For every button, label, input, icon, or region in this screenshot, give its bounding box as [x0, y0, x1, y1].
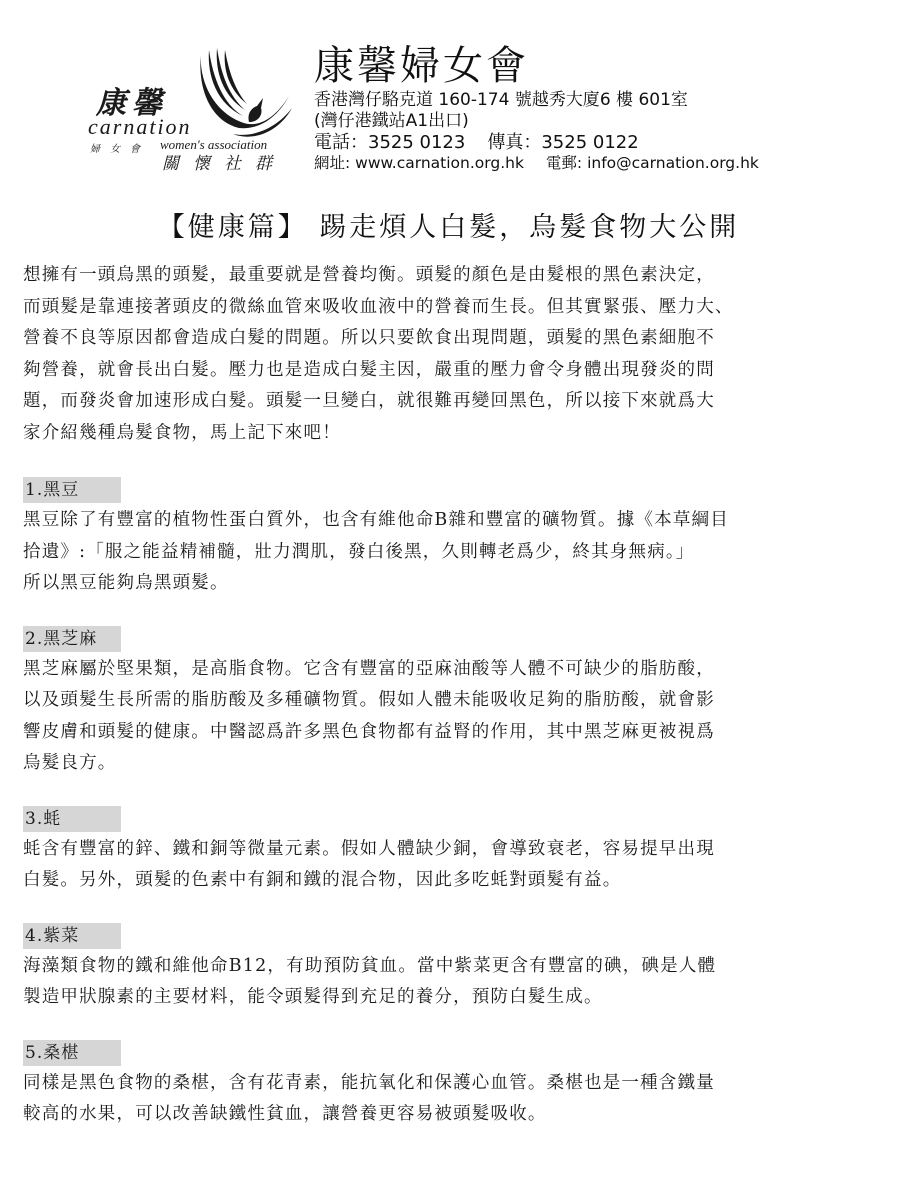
- section-line: 拾遺》:「服之能益精補髓，壯力潤肌，發白後黑，久則轉老爲少，終其身無病。」: [23, 537, 883, 569]
- article-body: 想擁有一頭烏黑的頭髮，最重要就是營養均衡。頭髮的顏色是由髮根的黑色素決定， 而頭…: [23, 260, 883, 1131]
- intro-line: 想擁有一頭烏黑的頭髮，最重要就是營養均衡。頭髮的顏色是由髮根的黑色素決定，: [23, 260, 883, 292]
- section-paragraph: 黑豆除了有豐富的植物性蛋白質外，也含有維他命B雜和豐富的礦物質。據《本草綱目 拾…: [23, 505, 883, 600]
- section-black-sesame: 2.黑芝麻 黑芝麻屬於堅果類，是高脂食物。它含有豐富的亞麻油酸等人體不可缺少的脂…: [23, 626, 883, 780]
- address-line-2: (灣仔港鐵站A1出口): [314, 111, 759, 132]
- article-title: 【健康篇】 踢走煩人白髮，烏髮食物大公開: [0, 205, 897, 244]
- email-label: 電郵:: [546, 154, 582, 172]
- section-mulberry: 5.桑椹 同樣是黑色食物的桑椹，含有花青素，能抗氧化和保護心血管。桑椹也是一種含…: [23, 1040, 883, 1131]
- section-paragraph: 蚝含有豐富的鋅、鐵和銅等微量元素。假如人體缺少銅，會導致衰老，容易提早出現 白髮…: [23, 834, 883, 897]
- email-link[interactable]: info@carnation.org.hk: [587, 154, 759, 172]
- fax-label: 傳真：: [487, 132, 541, 153]
- bird-swoosh-icon: [193, 48, 293, 143]
- section-line: 所以黑豆能夠烏黑頭髮。: [23, 568, 883, 600]
- org-name: 康馨婦女會: [314, 42, 759, 90]
- section-heading: 5.桑椹: [23, 1040, 121, 1066]
- section-line: 烏髮良方。: [23, 748, 883, 780]
- section-line: 製造甲狀腺素的主要材料，能令頭髮得到充足的養分，預防白髮生成。: [23, 982, 883, 1014]
- address-line-1: 香港灣仔駱克道 160-174 號越秀大廈6 樓 601室: [314, 90, 759, 111]
- website-link[interactable]: www.carnation.org.hk: [355, 154, 524, 172]
- intro-line: 而頭髮是靠連接著頭皮的微絲血管來吸收血液中的營養而生長。但其實緊張、壓力大、: [23, 292, 883, 324]
- logo-sub-chinese: 婦女會: [90, 140, 150, 155]
- fax-number: 3525 0122: [541, 132, 638, 153]
- logo-tagline: 關懷社群: [162, 149, 286, 174]
- section-line: 海藻類食物的鐵和維他命B12，有助預防貧血。當中紫菜更含有豐富的碘，碘是人體: [23, 951, 883, 983]
- letterhead: 康馨 carnation 婦女會 women's association 關懷社…: [0, 0, 897, 190]
- intro-line: 家介紹幾種烏髮食物，馬上記下來吧！: [23, 418, 883, 450]
- section-line: 以及頭髮生長所需的脂肪酸及多種礦物質。假如人體未能吸收足夠的脂肪酸，就會影: [23, 685, 883, 717]
- section-paragraph: 同樣是黑色食物的桑椹，含有花青素，能抗氧化和保護心血管。桑椹也是一種含鐵量 較高…: [23, 1068, 883, 1131]
- section-paragraph: 海藻類食物的鐵和維他命B12，有助預防貧血。當中紫菜更含有豐富的碘，碘是人體 製…: [23, 951, 883, 1014]
- section-line: 蚝含有豐富的鋅、鐵和銅等微量元素。假如人體缺少銅，會導致衰老，容易提早出現: [23, 834, 883, 866]
- section-heading: 4.紫菜: [23, 923, 121, 949]
- section-line: 黑芝麻屬於堅果類，是高脂食物。它含有豐富的亞麻油酸等人體不可缺少的脂肪酸，: [23, 654, 883, 686]
- section-paragraph: 黑芝麻屬於堅果類，是高脂食物。它含有豐富的亞麻油酸等人體不可缺少的脂肪酸， 以及…: [23, 654, 883, 780]
- organization-info: 康馨婦女會 香港灣仔駱克道 160-174 號越秀大廈6 樓 601室 (灣仔港…: [314, 42, 759, 174]
- intro-line: 題，而發炎會加速形成白髮。頭髮一旦變白，就很難再變回黑色，所以接下來就爲大: [23, 386, 883, 418]
- section-line: 白髮。另外，頭髮的色素中有銅和鐵的混合物，因此多吃蚝對頭髮有益。: [23, 865, 883, 897]
- section-line: 較高的水果，可以改善缺鐵性貧血，讓營養更容易被頭髮吸收。: [23, 1099, 883, 1131]
- tel-label: 電話：: [314, 132, 368, 153]
- section-oysters: 3.蚝 蚝含有豐富的鋅、鐵和銅等微量元素。假如人體缺少銅，會導致衰老，容易提早出…: [23, 806, 883, 897]
- section-heading: 3.蚝: [23, 806, 121, 832]
- tel-number: 3525 0123: [368, 132, 465, 153]
- section-line: 同樣是黑色食物的桑椹，含有花青素，能抗氧化和保護心血管。桑椹也是一種含鐵量: [23, 1068, 883, 1100]
- section-heading: 1.黑豆: [23, 477, 121, 503]
- contact-web-email: 網址: www.carnation.org.hk電郵: info@carnati…: [314, 153, 759, 174]
- contact-phone-fax: 電話：3525 0123傳真：3525 0122: [314, 132, 759, 153]
- section-seaweed: 4.紫菜 海藻類食物的鐵和維他命B12，有助預防貧血。當中紫菜更含有豐富的碘，碘…: [23, 923, 883, 1014]
- intro-line: 營養不良等原因都會造成白髮的問題。所以只要飲食出現問題，頭髮的黑色素細胞不: [23, 323, 883, 355]
- intro-paragraph: 想擁有一頭烏黑的頭髮，最重要就是營養均衡。頭髮的顏色是由髮根的黑色素決定， 而頭…: [23, 260, 883, 449]
- carnation-logo: 康馨 carnation 婦女會 women's association 關懷社…: [88, 48, 293, 173]
- section-heading: 2.黑芝麻: [23, 626, 121, 652]
- intro-line: 夠營養，就會長出白髮。壓力也是造成白髮主因，嚴重的壓力會令身體出現發炎的問: [23, 355, 883, 387]
- section-black-beans: 1.黑豆 黑豆除了有豐富的植物性蛋白質外，也含有維他命B雜和豐富的礦物質。據《本…: [23, 477, 883, 600]
- section-line: 響皮膚和頭髮的健康。中醫認爲許多黑色食物都有益腎的作用，其中黑芝麻更被視爲: [23, 717, 883, 749]
- web-label: 網址:: [314, 154, 350, 172]
- section-line: 黑豆除了有豐富的植物性蛋白質外，也含有維他命B雜和豐富的礦物質。據《本草綱目: [23, 505, 883, 537]
